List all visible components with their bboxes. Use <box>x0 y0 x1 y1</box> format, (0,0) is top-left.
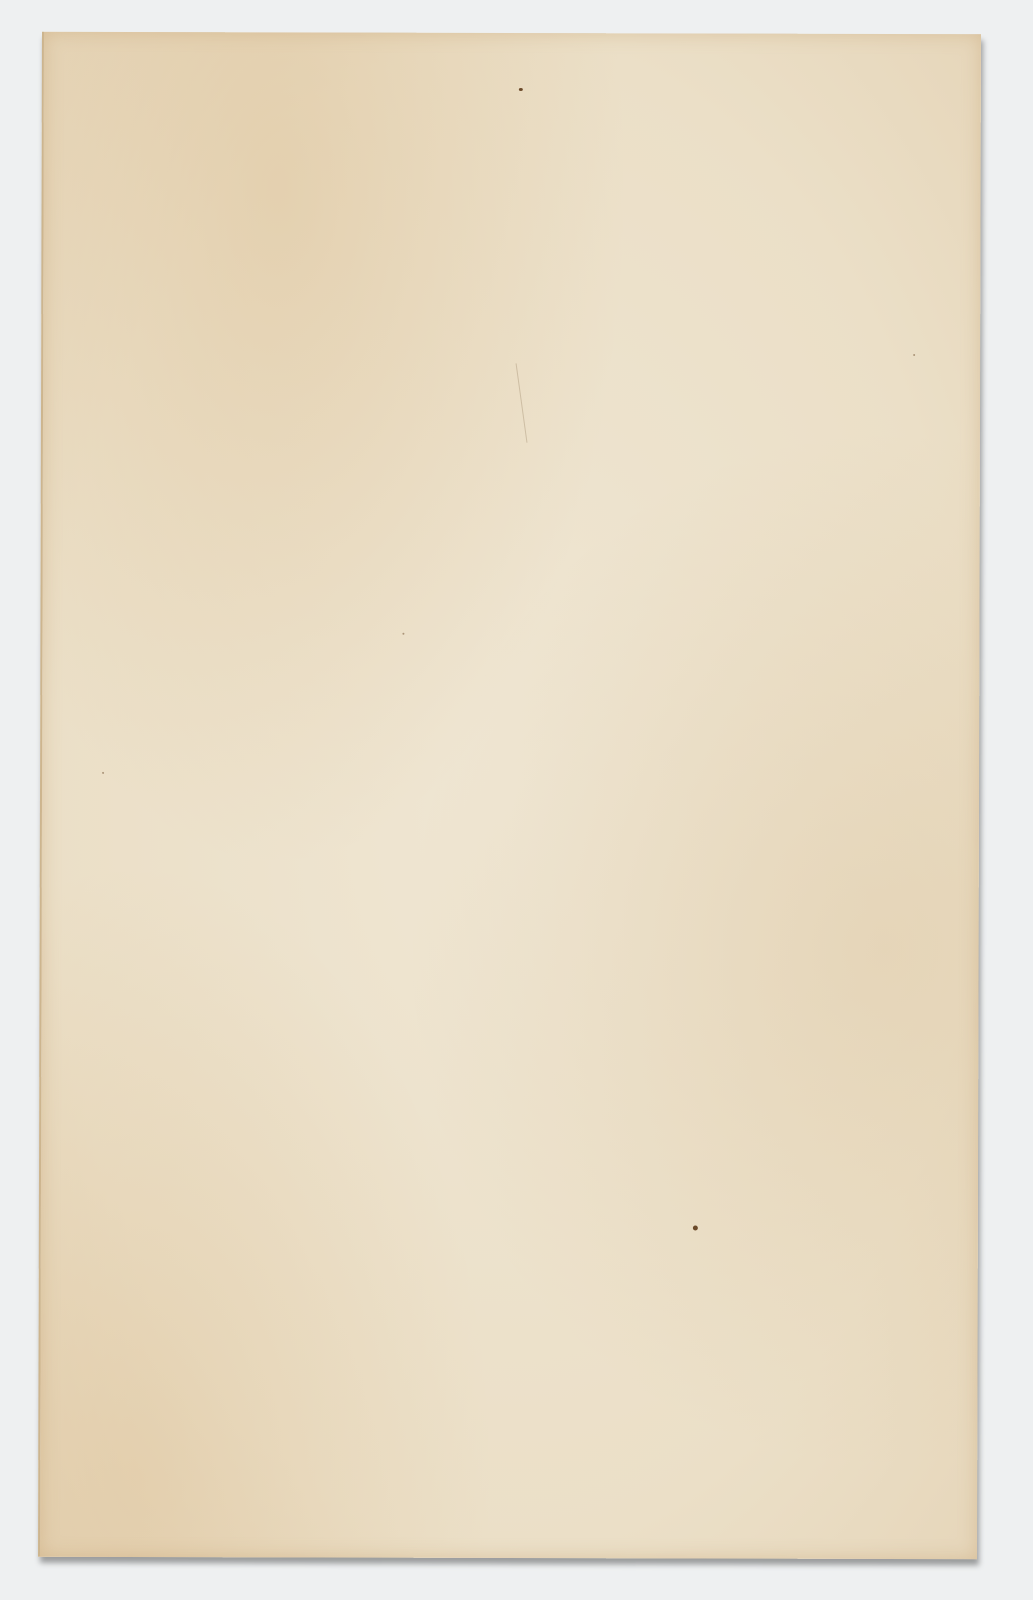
ink-speck <box>693 1225 698 1230</box>
ink-speck <box>519 88 523 91</box>
aged-card <box>38 32 981 1559</box>
ink-speck <box>102 772 104 774</box>
surface-scratch <box>516 363 528 442</box>
ink-speck <box>913 354 915 356</box>
ink-speck <box>402 633 404 635</box>
